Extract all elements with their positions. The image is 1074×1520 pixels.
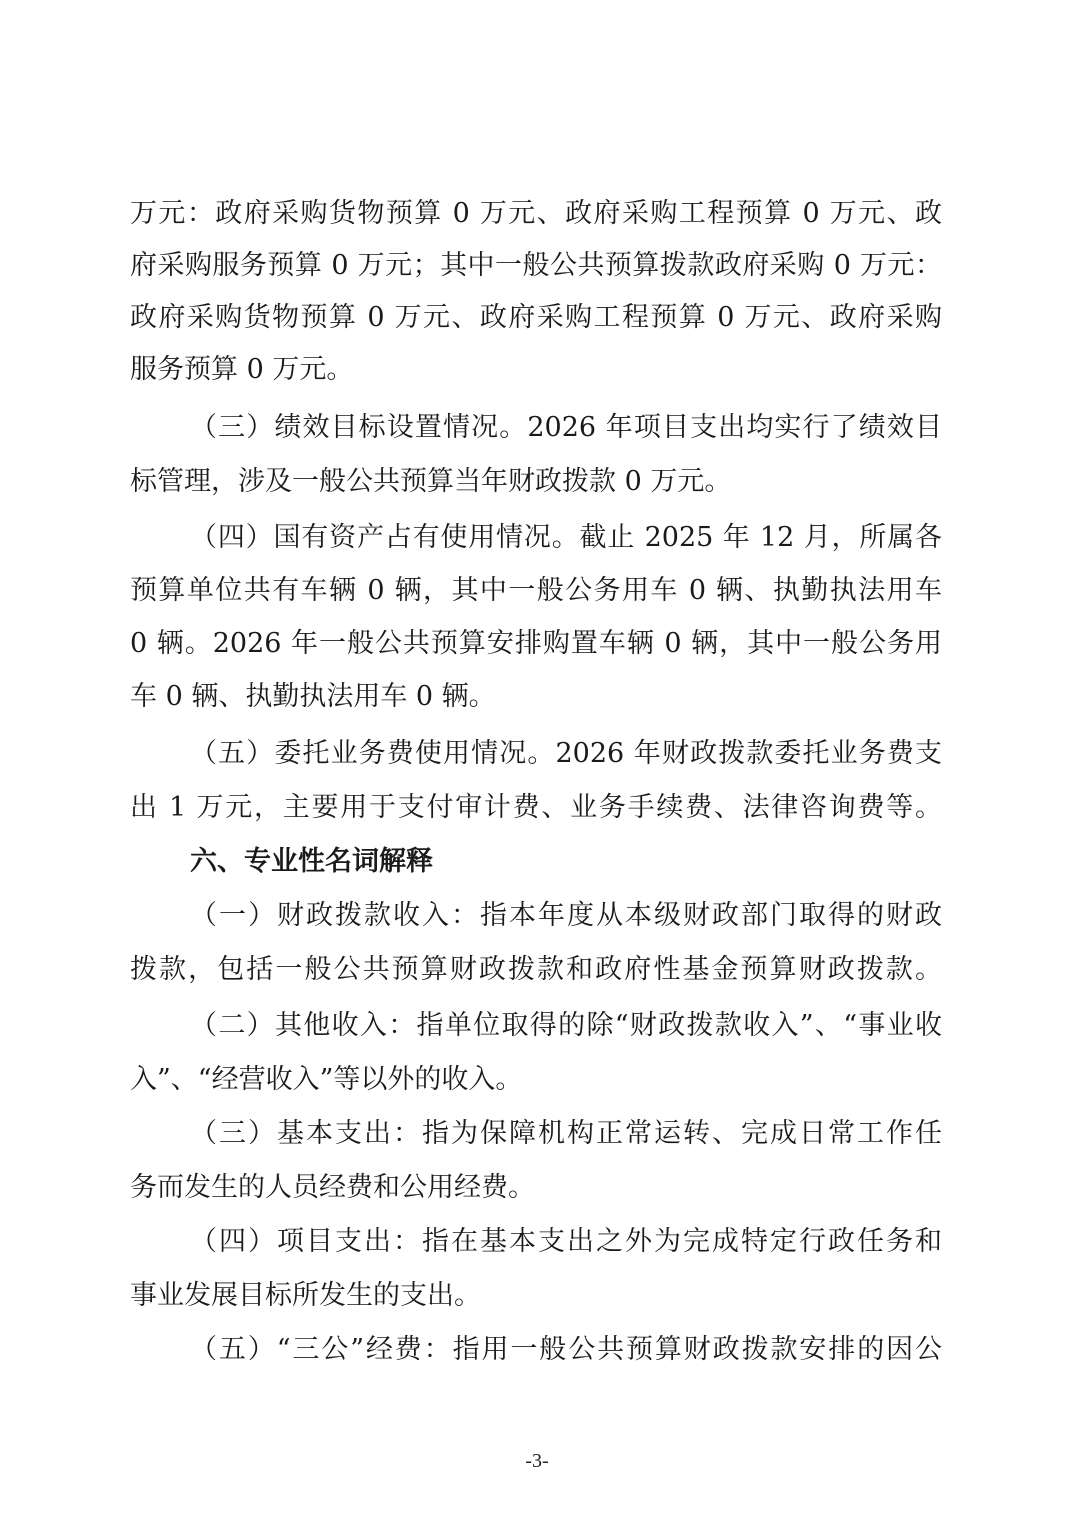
text-line: 务而发生的人员经费和公用经费。 xyxy=(130,1168,942,1208)
text-line: 事业发展目标所发生的支出。 xyxy=(130,1276,942,1316)
text-line: 预算单位共有车辆 0 辆，其中一般公务用车 0 辆、执勤执法用车 xyxy=(130,571,942,611)
paragraph-start-line: （四）国有资产占有使用情况。截止 2025 年 12 月，所属各 xyxy=(190,518,942,558)
text-line: 服务预算 0 万元。 xyxy=(130,350,942,390)
text-line: 拨款，包括一般公共预算财政拨款和政府性基金预算财政拨款。 xyxy=(130,950,942,990)
text-line: 府采购服务预算 0 万元；其中一般公共预算拨款政府采购 0 万元： xyxy=(130,246,942,286)
paragraph-start-line: （一）财政拨款收入：指本年度从本级财政部门取得的财政 xyxy=(190,896,942,936)
paragraph-start-line: （三）基本支出：指为保障机构正常运转、完成日常工作任 xyxy=(190,1114,942,1154)
text-line: 政府采购货物预算 0 万元、政府采购工程预算 0 万元、政府采购 xyxy=(130,298,942,338)
text-line: 车 0 辆、执勤执法用车 0 辆。 xyxy=(130,677,942,717)
paragraph-start-line: （五）“三公”经费：指用一般公共预算财政拨款安排的因公 xyxy=(190,1330,942,1370)
paragraph-start-line: （二）其他收入：指单位取得的除“财政拨款收入”、“事业收 xyxy=(190,1006,942,1046)
text-line: 入”、“经营收入”等以外的收入。 xyxy=(130,1060,942,1100)
text-line: 标管理，涉及一般公共预算当年财政拨款 0 万元。 xyxy=(130,462,942,502)
section-heading: 六、专业性名词解释 xyxy=(190,842,433,882)
text-line: 0 辆。2026 年一般公共预算安排购置车辆 0 辆，其中一般公务用 xyxy=(130,624,942,664)
paragraph-start-line: （四）项目支出：指在基本支出之外为完成特定行政任务和 xyxy=(190,1222,942,1262)
page-number: -3- xyxy=(0,1450,1074,1473)
text-line: 万元：政府采购货物预算 0 万元、政府采购工程预算 0 万元、政 xyxy=(130,194,942,234)
paragraph-start-line: （五）委托业务费使用情况。2026 年财政拨款委托业务费支 xyxy=(190,734,942,774)
document-page: 万元：政府采购货物预算 0 万元、政府采购工程预算 0 万元、政 府采购服务预算… xyxy=(0,0,1074,1520)
paragraph-start-line: （三）绩效目标设置情况。2026 年项目支出均实行了绩效目 xyxy=(190,408,942,448)
text-line: 出 1 万元，主要用于支付审计费、业务手续费、法律咨询费等。 xyxy=(130,788,942,828)
